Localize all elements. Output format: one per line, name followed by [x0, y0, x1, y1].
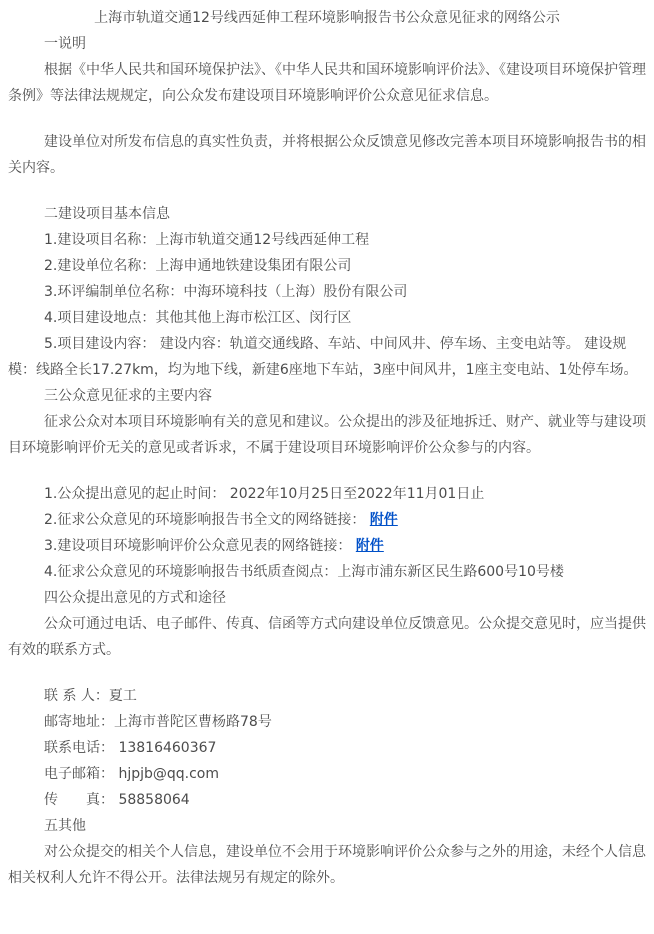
legal-basis-paragraph: 根据《中华人民共和国环境保护法》、《中华人民共和国环境影响评价法》、《建设项目环…: [8, 57, 646, 109]
section-1-heading: 一说明: [8, 31, 646, 57]
feedback-methods-paragraph: 公众可通过电话、电子邮件、传真、信函等方式向建设单位反馈意见。公众提交意见时，应…: [8, 611, 646, 663]
blank-line: [8, 461, 646, 481]
project-content-line: 5.项目建设内容： 建设内容：轨道交通线路、车站、中间风井、停车场、主变电站等。…: [8, 331, 646, 383]
comment-form-attachment-link[interactable]: 附件: [356, 538, 384, 554]
blank-line: [8, 663, 646, 683]
mail-address-line: 邮寄地址：上海市普陀区曹杨路78号: [8, 709, 646, 735]
privacy-paragraph: 对公众提交的相关个人信息，建设单位不会用于环境影响评价公众参与之外的用途，未经个…: [8, 839, 646, 891]
report-attachment-link[interactable]: 附件: [370, 512, 398, 528]
builder-name-line: 2.建设单位名称：上海申通地铁建设集团有限公司: [8, 253, 646, 279]
contact-email-line: 电子邮箱： hjpjb@qq.com: [8, 761, 646, 787]
contact-phone-line: 联系电话： 13816460367: [8, 735, 646, 761]
section-3-heading: 三公众意见征求的主要内容: [8, 383, 646, 409]
report-link-line: 2.征求公众意见的环境影响报告书全文的网络链接： 附件: [8, 507, 646, 533]
authenticity-paragraph: 建设单位对所发布信息的真实性负责，并将根据公众反馈意见修改完善本项目环境影响报告…: [8, 129, 646, 181]
section-5-heading: 五其他: [8, 813, 646, 839]
fax-line: 传 真： 58858064: [8, 787, 646, 813]
project-location-line: 4.项目建设地点：其他其他上海市松江区、闵行区: [8, 305, 646, 331]
eia-agency-line: 3.环评编制单位名称：中海环境科技（上海）股份有限公司: [8, 279, 646, 305]
notice-document: 上海市轨道交通12号线西延伸工程环境影响报告书公众意见征求的网络公示 一说明根据…: [0, 0, 654, 891]
section-4-heading: 四公众提出意见的方式和途径: [8, 585, 646, 611]
contact-person-line: 联 系 人：夏工: [8, 683, 646, 709]
comment-form-link-line: 3.建设项目环境影响评价公众意见表的网络链接： 附件: [8, 533, 646, 559]
paper-review-location-line: 4.征求公众意见的环境影响报告书纸质查阅点：上海市浦东新区民生路600号10号楼: [8, 559, 646, 585]
notice-body: 一说明根据《中华人民共和国环境保护法》、《中华人民共和国环境影响评价法》、《建设…: [8, 31, 646, 891]
comment-period-line: 1.公众提出意见的起止时间： 2022年10月25日至2022年11月01日止: [8, 481, 646, 507]
blank-line: [8, 109, 646, 129]
section-2-heading: 二建设项目基本信息: [8, 201, 646, 227]
project-name-line: 1.建设项目名称：上海市轨道交通12号线西延伸工程: [8, 227, 646, 253]
blank-line: [8, 181, 646, 201]
solicitation-scope-paragraph: 征求公众对本项目环境影响有关的意见和建议。公众提出的涉及征地拆迁、财产、就业等与…: [8, 409, 646, 461]
page-title: 上海市轨道交通12号线西延伸工程环境影响报告书公众意见征求的网络公示: [8, 5, 646, 31]
